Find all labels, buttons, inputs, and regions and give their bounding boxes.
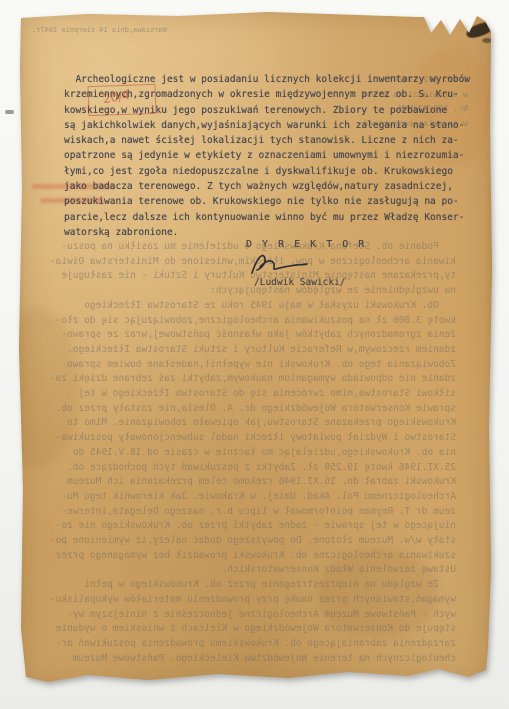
- recto-text-layer: Archeologiczne jest w posiadaniu licznyc…: [18, 8, 492, 688]
- paper-sheet-wrapper: Warszawa,dnia 14 sierpnia 1947r. L.dz. 3…: [18, 8, 492, 688]
- signature-scribble: [248, 250, 312, 280]
- signed-name: /Ludwik Sawicki/: [254, 277, 346, 288]
- red-stamp-box: 20/4: [87, 84, 156, 116]
- paper-sheet: Warszawa,dnia 14 sierpnia 1947r. L.dz. 3…: [18, 8, 492, 688]
- ink-speck: [5, 110, 14, 114]
- ink-smudge: [482, 38, 492, 43]
- red-stamp-note: 20/4: [102, 88, 131, 106]
- ink-smudge: [465, 20, 495, 40]
- director-title: D Y R E K T O R: [246, 239, 366, 250]
- scanned-document-photo: Warszawa,dnia 14 sierpnia 1947r. L.dz. 3…: [0, 0, 509, 709]
